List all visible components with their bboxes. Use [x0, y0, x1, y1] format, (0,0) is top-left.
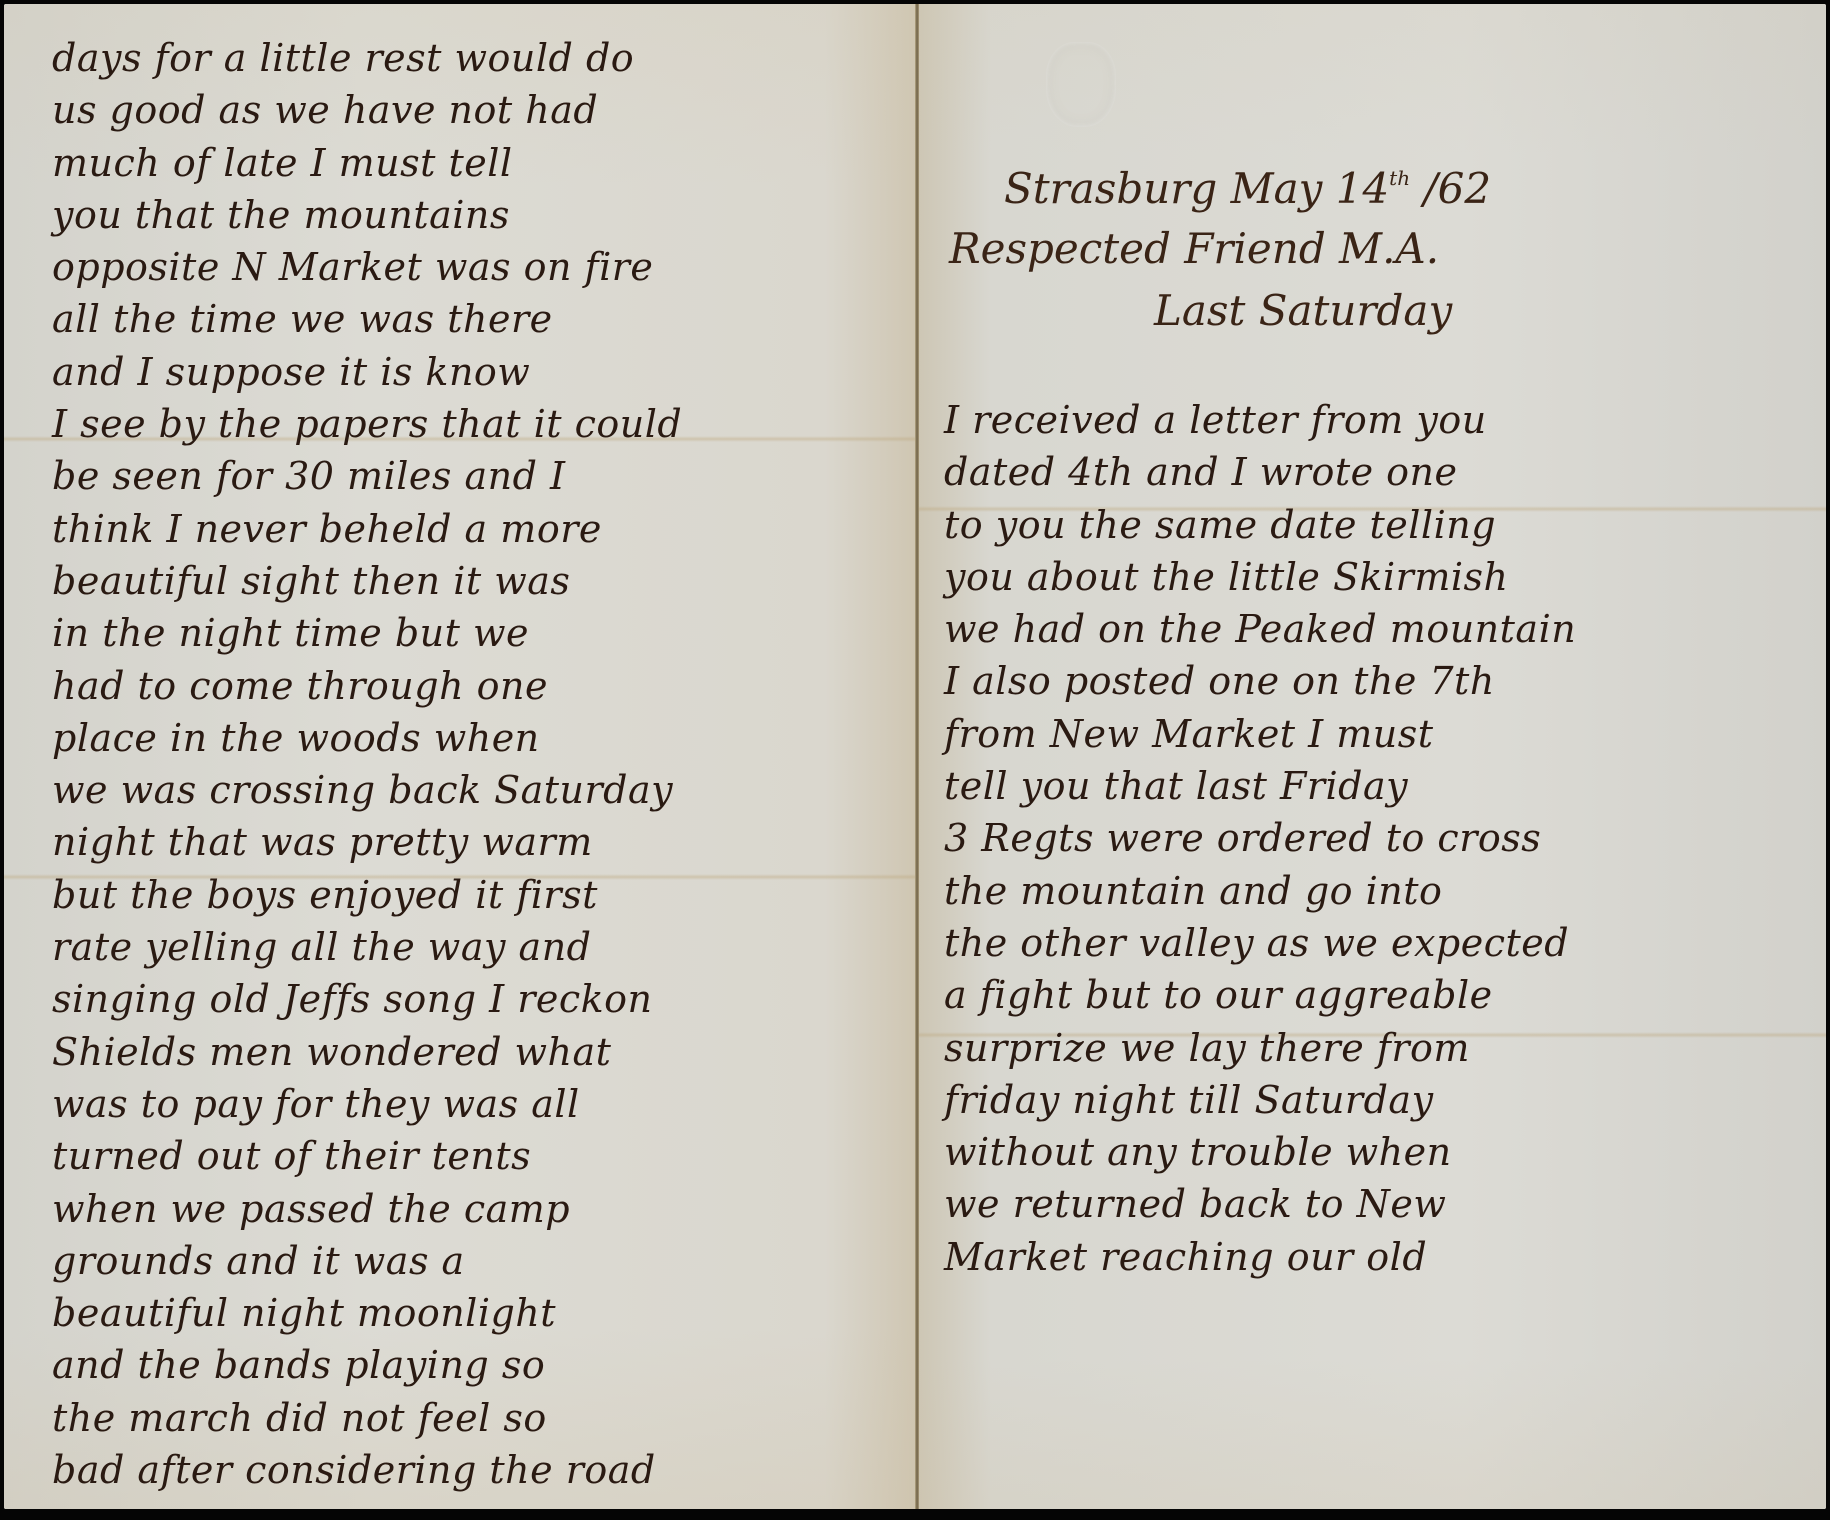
text-line: when we passed the camp [52, 1183, 682, 1235]
text-line: bad after considering the road [52, 1444, 682, 1496]
text-line: surprize we lay there from [944, 1022, 1576, 1074]
text-line: you about the little Skirmish [944, 551, 1576, 603]
text-line: I received a letter from you [944, 394, 1576, 446]
date-year: /62 [1423, 164, 1491, 213]
text-line: 3 Regts were ordered to cross [944, 812, 1576, 864]
text-line: friday night till Saturday [944, 1074, 1576, 1126]
text-line: you that the mountains [52, 189, 682, 241]
salutation: Respected Friend M.A. [949, 224, 1439, 273]
text-line: much of late I must tell [52, 137, 682, 189]
text-line: singing old Jeffs song I reckon [52, 973, 682, 1025]
text-line: I also posted one on the 7th [944, 655, 1576, 707]
opening-phrase: Last Saturday [1154, 286, 1452, 335]
text-line: opposite N Market was on fire [52, 241, 682, 293]
text-line: think I never beheld a more [52, 503, 682, 555]
text-line: beautiful sight then it was [52, 555, 682, 607]
text-line: all the time we was there [52, 293, 682, 345]
date-suffix: th [1389, 166, 1410, 190]
text-line: a fight but to our aggreable [944, 969, 1576, 1021]
text-line: the march did not feel so [52, 1392, 682, 1444]
text-line: us good as we have not had [52, 84, 682, 136]
text-line: the other valley as we expected [944, 917, 1576, 969]
text-line: we was crossing back Saturday [52, 764, 682, 816]
text-line: had to come through one [52, 660, 682, 712]
text-line: we had on the Peaked mountain [944, 603, 1576, 655]
text-line: was to pay for they was all [52, 1078, 682, 1130]
text-line: be seen for 30 miles and I [52, 450, 682, 502]
text-line: grounds and it was a [52, 1235, 682, 1287]
left-page-text: days for a little rest would do us good … [52, 32, 682, 1496]
text-line: without any trouble when [944, 1126, 1576, 1178]
place-name: Strasburg [1004, 164, 1217, 213]
text-line: the mountain and go into [944, 865, 1576, 917]
text-line: from New Market I must [944, 708, 1576, 760]
text-line: Market reaching our old [944, 1231, 1576, 1283]
text-line: dated 4th and I wrote one [944, 446, 1576, 498]
text-line: we returned back to New [944, 1178, 1576, 1230]
center-fold [915, 4, 919, 1509]
letter-dateline: Strasburg May 14th /62 [1004, 164, 1491, 213]
text-line: rate yelling all the way and [52, 921, 682, 973]
text-line: in the night time but we [52, 607, 682, 659]
text-line: place in the woods when [52, 712, 682, 764]
text-line: to you the same date telling [944, 499, 1576, 551]
text-line: but the boys enjoyed it first [52, 869, 682, 921]
text-line: tell you that last Friday [944, 760, 1576, 812]
text-line: turned out of their tents [52, 1130, 682, 1182]
text-line: and I suppose it is know [52, 346, 682, 398]
text-line: and the bands playing so [52, 1339, 682, 1391]
right-page-text: I received a letter from you dated 4th a… [944, 394, 1576, 1283]
text-line: days for a little rest would do [52, 32, 682, 84]
text-line: beautiful night moonlight [52, 1287, 682, 1339]
text-line: I see by the papers that it could [52, 398, 682, 450]
embossed-stationery-seal-icon [1046, 42, 1116, 127]
text-line: Shields men wondered what [52, 1026, 682, 1078]
text-line: night that was pretty warm [52, 816, 682, 868]
date-main: May 14 [1231, 164, 1390, 213]
letter-scan: days for a little rest would do us good … [4, 4, 1826, 1509]
